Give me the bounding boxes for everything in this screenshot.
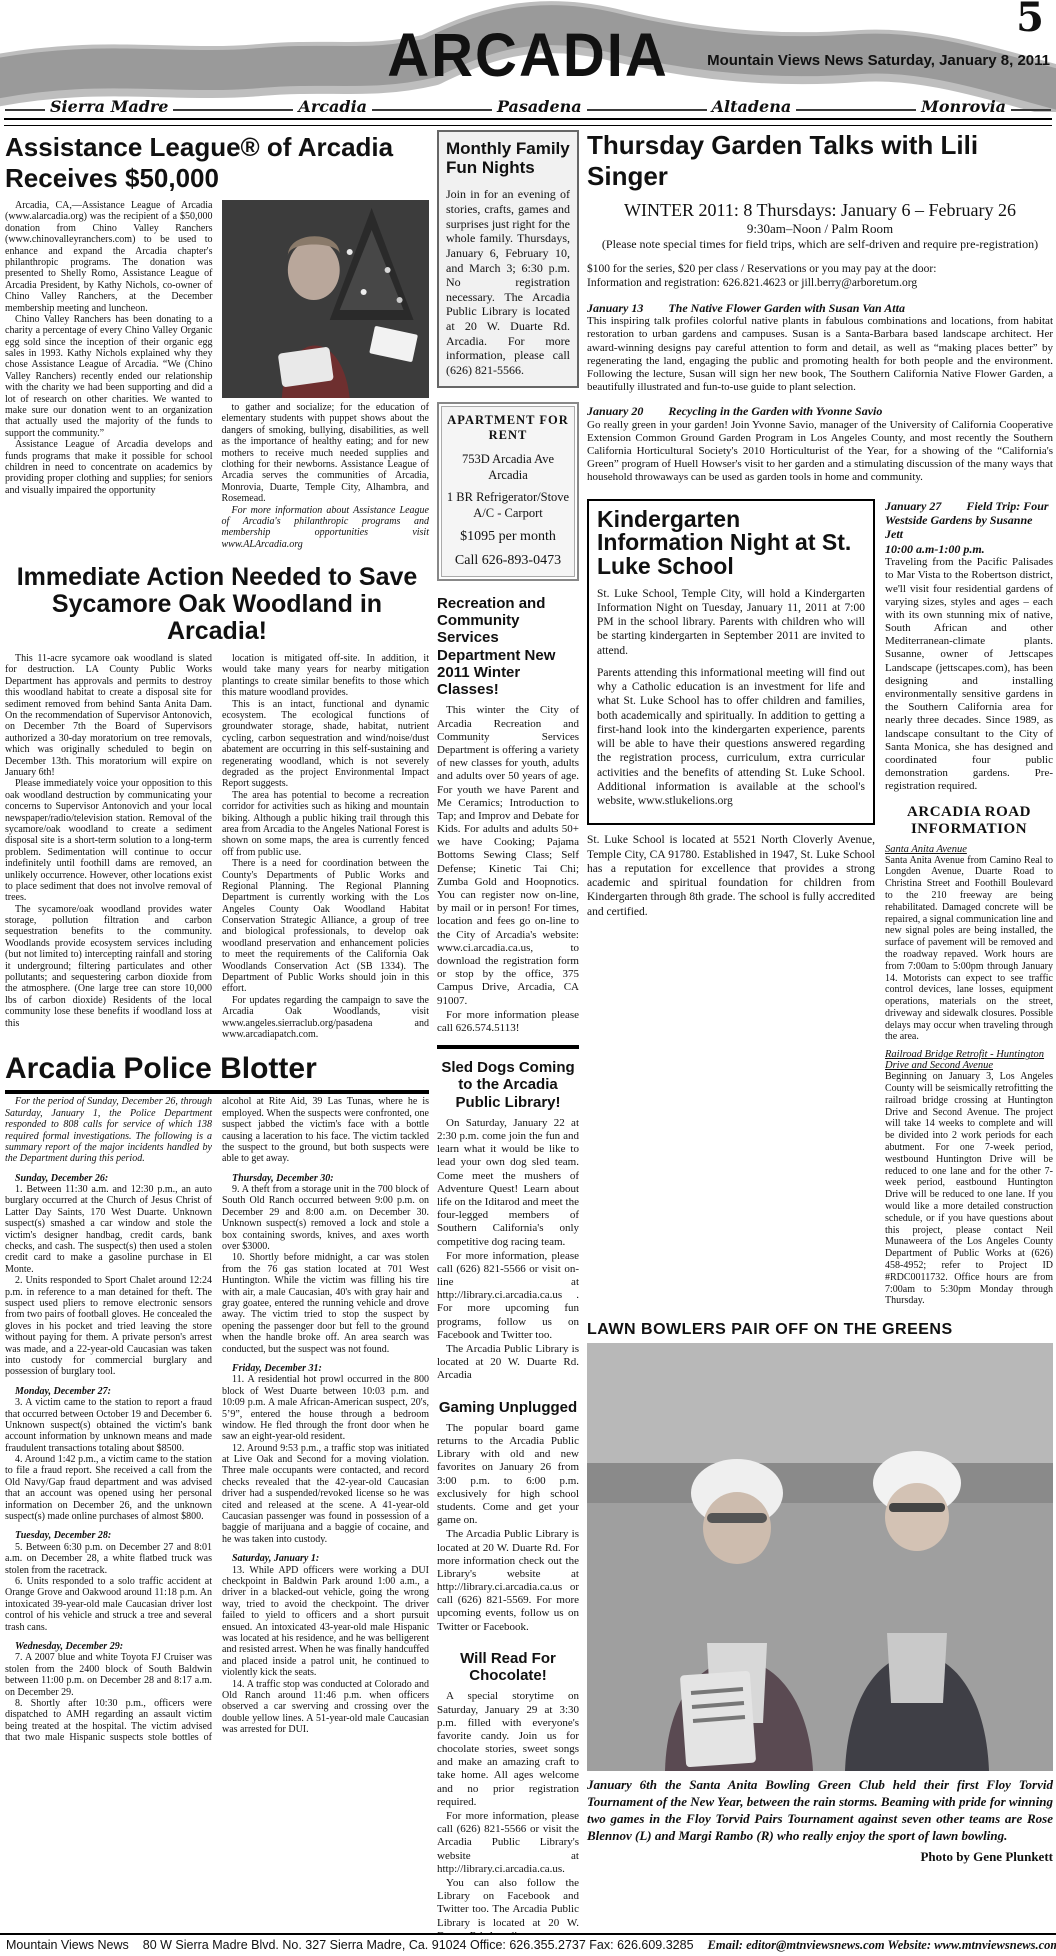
blotter-day-header: Monday, December 27: <box>5 1386 212 1397</box>
section-title: ARCADIA <box>0 20 1056 90</box>
rule-segment <box>5 109 45 111</box>
blotter-day-header: Sunday, December 26: <box>5 1173 212 1184</box>
masthead: 5 Mountain Views News Saturday, January … <box>0 0 1056 118</box>
garden-talk-event: January 27 Field Trip: Four Westside Gar… <box>885 499 1053 794</box>
blotter-item: 14. A traffic stop was conducted at Colo… <box>222 1679 429 1736</box>
blotter-item: 4. Around 1:42 p.m., a victim came to th… <box>5 1454 212 1522</box>
blotter-item: 12. Around 9:53 p.m., a traffic stop was… <box>222 1443 429 1546</box>
family-fun-box: Monthly Family Fun Nights Join in for an… <box>437 130 579 388</box>
notice-title: Monthly Family Fun Nights <box>446 140 570 177</box>
paragraph: Chino Valley Ranchers has been donating … <box>5 314 213 439</box>
event-title: The Native Flower Garden with Susan Van … <box>668 301 905 315</box>
garden-talks-article: Thursday Garden Talks with Lili Singer W… <box>587 130 1053 485</box>
right-narrow-column: January 27 Field Trip: Four Westside Gar… <box>885 499 1053 1308</box>
article-title: Thursday Garden Talks with Lili Singer <box>587 130 1053 192</box>
kindergarten-box: Kindergarten Information Night at St. Lu… <box>587 499 875 826</box>
pricing-line: $100 for the series, $20 per class / Res… <box>587 262 1053 276</box>
paragraph: For more information please call 626.574… <box>437 1009 579 1035</box>
article-title: Arcadia Police Blotter <box>5 1052 429 1094</box>
police-blotter-article: Arcadia Police Blotter For the period of… <box>5 1052 429 1743</box>
city-label: Sierra Madre <box>50 97 168 116</box>
page-content: Assistance League® of Arcadia Receives $… <box>0 126 1056 1930</box>
event-title: Recycling in the Garden with Yvonne Savi… <box>668 404 882 418</box>
paragraph: Arcadia, CA,—Assistance League of Arcadi… <box>5 200 213 314</box>
paragraph: The popular board game returns to the Ar… <box>437 1422 579 1528</box>
city-label: Monrovia <box>921 97 1006 116</box>
road-section-header: Railroad Bridge Retrofit - Huntington Dr… <box>885 1049 1053 1071</box>
rule-segment <box>1011 109 1051 111</box>
recreation-classes-notice: Recreation and Community Services Depart… <box>437 595 579 1035</box>
event-header: January 27 Field Trip: Four Westside Gar… <box>885 499 1053 542</box>
blotter-day-header: Wednesday, December 29: <box>5 1641 212 1652</box>
paragraph: Parents attending this informational mee… <box>597 666 865 809</box>
road-section-header: Santa Anita Avenue <box>885 844 1053 855</box>
notice-body: Join in for an evening of stories, craft… <box>446 187 570 377</box>
rule-segment <box>796 109 916 111</box>
blotter-day-header: Thursday, December 30: <box>222 1173 429 1184</box>
title-line: Sycamore Oak Woodland in Arcadia! <box>52 590 382 645</box>
footer-address: 80 W Sierra Madre Blvd. No. 327 Sierra M… <box>143 1938 694 1953</box>
paragraph: to gather and socialize; for the educati… <box>222 402 430 505</box>
blotter-day-header: Saturday, January 1: <box>222 1553 429 1564</box>
middle-column: Monthly Family Fun Nights Join in for an… <box>437 130 579 1930</box>
lawn-bowlers-article: LAWN BOWLERS PAIR OFF ON THE GREENS <box>587 1321 1053 1865</box>
kindergarten-continued: St. Luke School is located at 5521 North… <box>587 833 875 919</box>
blotter-item: 5. Between 6:30 p.m. on December 27 and … <box>5 1542 212 1576</box>
paragraph: The area has potential to become a recre… <box>222 790 429 858</box>
paragraph-italic: For more information about Assistance Le… <box>222 505 430 551</box>
road-information-notice: ARCADIA ROAD INFORMATION Santa Anita Ave… <box>885 804 1053 1308</box>
event-time: 10:00 a.m-1:00 p.m. <box>885 542 1053 556</box>
assistance-league-article: Assistance League® of Arcadia Receives $… <box>5 132 429 550</box>
photo-credit: Photo by Gene Plunkett <box>587 1849 1053 1865</box>
event-header: January 20 Recycling in the Garden with … <box>587 404 1053 418</box>
time-location-line: 9:30am–Noon / Palm Room <box>587 221 1053 237</box>
blotter-item: 9. A theft from a storage unit in the 70… <box>222 1184 429 1252</box>
kindergarten-article: Kindergarten Information Night at St. Lu… <box>587 499 875 1308</box>
paragraph: This 11-acre sycamore oak woodland is sl… <box>5 653 212 778</box>
cities-row: Sierra Madre Arcadia Pasadena Altadena M… <box>0 97 1056 116</box>
paragraph: The Arcadia Public Library is located at… <box>437 1528 579 1634</box>
paragraph: On Saturday, January 22 at 2:30 p.m. com… <box>437 1117 579 1249</box>
blotter-item: 6. Units responded to a solo traffic acc… <box>5 1576 212 1633</box>
footer-paper-name: Mountain Views News <box>6 1938 129 1953</box>
paragraph: Please immediately voice your opposition… <box>5 778 212 903</box>
ad-line: A/C - Carport <box>443 505 573 521</box>
blotter-item: 13. While APD officers were working a DU… <box>222 1565 429 1679</box>
notice-title: Sled Dogs Coming to the Arcadia Public L… <box>437 1059 579 1111</box>
article-body: St. Luke School, Temple City, will hold … <box>597 587 865 809</box>
paragraph: For updates regarding the campaign to sa… <box>222 995 429 1041</box>
sycamore-article: Immediate Action Needed to Save Sycamore… <box>5 564 429 1040</box>
article-title: Immediate Action Needed to Save Sycamore… <box>5 564 429 645</box>
blotter-item: 7. A 2007 blue and white Toyota FJ Cruis… <box>5 1652 212 1698</box>
photo-caption: January 6th the Santa Anita Bowling Gree… <box>587 1777 1053 1845</box>
blotter-intro: For the period of Sunday, December 26, t… <box>5 1096 212 1164</box>
blotter-day-header: Friday, December 31: <box>222 1363 429 1374</box>
city-label: Arcadia <box>298 97 367 116</box>
notice-title: ARCADIA ROAD INFORMATION <box>885 804 1053 838</box>
blotter-item: 2. Units responded to Sport Chalet aroun… <box>5 1275 212 1378</box>
footer-contact: Email: editor@mtnviewsnews.com Website: … <box>708 1938 1056 1953</box>
garden-talk-event: January 13 The Native Flower Garden with… <box>587 301 1053 395</box>
right-column: Thursday Garden Talks with Lili Singer W… <box>587 130 1053 1930</box>
paragraph: This is an intact, functional and dynami… <box>222 699 429 790</box>
paragraph: For more information, please call (626) … <box>437 1810 579 1876</box>
schedule-line: WINTER 2011: 8 Thursdays: January 6 – Fe… <box>587 200 1053 221</box>
garden-talk-event: January 20 Recycling in the Garden with … <box>587 404 1053 484</box>
event-body: Go really green in your garden! Join Yvo… <box>587 419 1053 485</box>
read-for-chocolate-notice: Will Read For Chocolate! A special story… <box>437 1650 579 1943</box>
paragraph: St. Luke School is located at 5521 North… <box>587 833 875 919</box>
notice-title: Will Read For Chocolate! <box>437 1650 579 1685</box>
event-body: This inspiring talk profiles colorful na… <box>587 315 1053 394</box>
assistance-league-photo <box>222 200 430 398</box>
article-title: Assistance League® of Arcadia Receives $… <box>5 132 429 194</box>
lawn-bowlers-photo <box>587 1343 1053 1771</box>
event-header: January 13 The Native Flower Garden with… <box>587 301 1053 315</box>
registration-line: Information and registration: 626.821.46… <box>587 276 1053 290</box>
ad-line: Call 626-893-0473 <box>443 552 573 570</box>
rule-segment <box>173 109 293 111</box>
paragraph: Assistance League of Arcadia develops an… <box>5 439 213 496</box>
paragraph: There is a need for coordination between… <box>222 858 429 995</box>
note-line: (Please note special times for field tri… <box>587 237 1053 252</box>
header-rule <box>4 118 1052 126</box>
divider-rule <box>437 1045 579 1049</box>
article-title: LAWN BOWLERS PAIR OFF ON THE GREENS <box>587 1321 1053 1339</box>
city-label: Pasadena <box>497 97 582 116</box>
event-body: Traveling from the Pacific Palisades to … <box>885 556 1053 793</box>
ad-header: APARTMENT FOR RENT <box>443 413 573 443</box>
article-body: For the period of Sunday, December 26, t… <box>5 1096 429 1743</box>
road-section-body: Santa Anita Avenue from Camino Real to L… <box>885 855 1053 1044</box>
paragraph: A special storytime on Saturday, January… <box>437 1690 579 1809</box>
blotter-item: 11. A residential hot prowl occurred in … <box>222 1374 429 1442</box>
paragraph: The sycamore/oak woodland provides water… <box>5 904 212 1029</box>
ad-line: Arcadia <box>443 467 573 483</box>
ad-line: 753D Arcadia Ave <box>443 451 573 467</box>
title-line: Immediate Action Needed to Save <box>17 563 418 591</box>
article-column-2: to gather and socialize; for the educati… <box>222 200 430 550</box>
blotter-item: 1. Between 11:30 a.m. and 12:30 p.m., an… <box>5 1184 212 1275</box>
paragraph: For more information, please call (626) … <box>437 1250 579 1342</box>
blotter-item: 3. A victim came to the station to repor… <box>5 1397 212 1454</box>
ad-line: 1 BR Refrigerator/Stove <box>443 489 573 505</box>
article-column-1: Arcadia, CA,—Assistance League of Arcadi… <box>5 200 213 550</box>
right-lower-row: Kindergarten Information Night at St. Lu… <box>587 499 1053 1308</box>
newspaper-page: 5 Mountain Views News Saturday, January … <box>0 0 1056 1956</box>
event-date: January 27 <box>885 499 941 513</box>
left-column: Assistance League® of Arcadia Receives $… <box>5 130 429 1930</box>
paragraph: The Arcadia Public Library is located at… <box>437 1343 579 1383</box>
notice-title: Gaming Unplugged <box>437 1399 579 1416</box>
notice-title: Recreation and Community Services Depart… <box>437 595 579 699</box>
article-title: Kindergarten Information Night at St. Lu… <box>597 508 865 579</box>
gaming-unplugged-notice: Gaming Unplugged The popular board game … <box>437 1399 579 1634</box>
rule-segment <box>587 109 707 111</box>
ad-line: $1095 per month <box>443 528 573 546</box>
page-footer: Mountain Views News 80 W Sierra Madre Bl… <box>0 1933 1056 1956</box>
city-label: Altadena <box>712 97 792 116</box>
event-date: January 13 <box>587 301 643 315</box>
blotter-item: 10. Shortly before midnight, a car was s… <box>222 1252 429 1355</box>
apartment-ad: APARTMENT FOR RENT 753D Arcadia Ave Arca… <box>437 402 579 581</box>
sled-dogs-notice: Sled Dogs Coming to the Arcadia Public L… <box>437 1059 579 1383</box>
article-body: This 11-acre sycamore oak woodland is sl… <box>5 653 429 1040</box>
paragraph: location is mitigated off-site. In addit… <box>222 653 429 699</box>
rule-segment <box>372 109 492 111</box>
event-date: January 20 <box>587 404 643 418</box>
paragraph: This winter the City of Arcadia Recreati… <box>437 704 579 1007</box>
blotter-day-header: Tuesday, December 28: <box>5 1530 212 1541</box>
paragraph: St. Luke School, Temple City, will hold … <box>597 587 865 658</box>
article-body: Arcadia, CA,—Assistance League of Arcadi… <box>5 200 429 550</box>
road-section-body: Beginning on January 3, Los Angeles Coun… <box>885 1071 1053 1307</box>
